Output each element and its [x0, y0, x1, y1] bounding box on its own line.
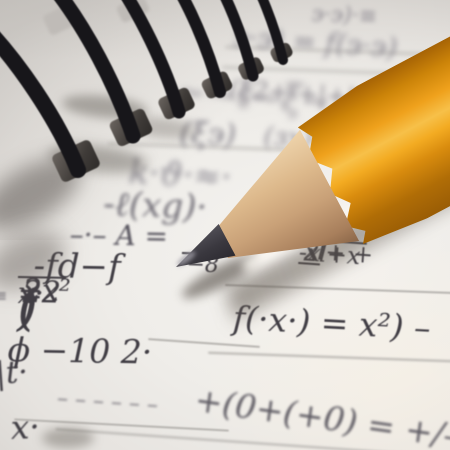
formula-phi-minus-10: ϕ −10 2·	[7, 330, 152, 372]
worksheet-photo: ∼∼ℓ∼ξ∼ ϶·϶)·≡ ϶·϶) = f(϶·϶) (ξ2+·+|+|x (…	[0, 0, 450, 450]
formula-dotted-leader: – – – – – –	[56, 386, 158, 418]
spiral-coil	[0, 20, 78, 170]
paper-shadow-spot	[42, 428, 94, 448]
formula-x-bottom: x·	[10, 407, 40, 447]
spiral-coil	[48, 0, 133, 136]
formula-t: |t·	[0, 354, 29, 392]
